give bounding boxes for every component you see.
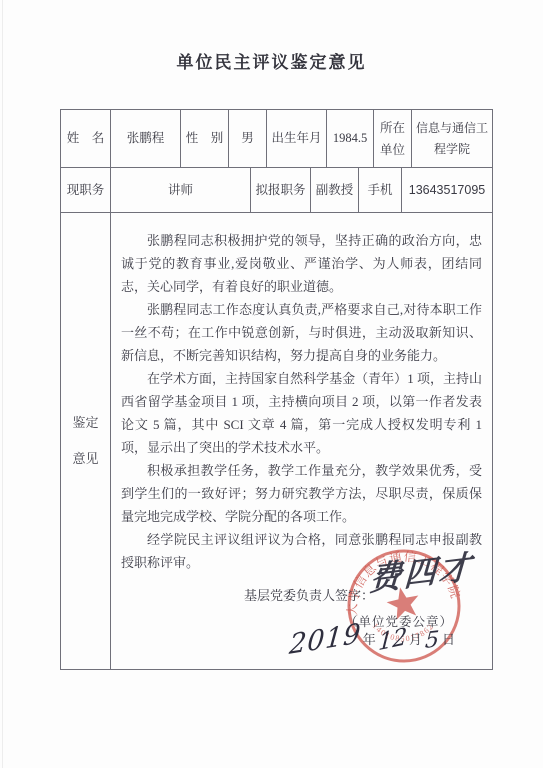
signature-date: 2019年12月5日 bbox=[289, 631, 456, 649]
mobile-label: 手机 bbox=[359, 168, 402, 213]
scan-edge-line bbox=[2, 0, 3, 768]
mobile-value: 13643517095 bbox=[402, 168, 492, 213]
opinion-content: 张鹏程同志积极拥护党的领导，坚持正确的政治方向，忠诚于党的教育事业,爱岗敬业、严… bbox=[111, 213, 492, 669]
opinion-paragraph: 张鹏程同志积极拥护党的领导，坚持正确的政治方向，忠诚于党的教育事业,爱岗敬业、严… bbox=[121, 229, 482, 298]
opinion-label: 鉴定意见 bbox=[61, 213, 111, 669]
unit-value: 信息与通信工程学院 bbox=[412, 110, 492, 168]
birth-label: 出生年月 bbox=[267, 110, 327, 168]
date-month-handwritten: 12 bbox=[377, 629, 407, 653]
personal-info-row: 姓 名 张鹏程 性 别 男 出生年月 1984.5 所在单位 信息与通信工程学院 bbox=[61, 110, 492, 168]
date-day-handwritten: 5 bbox=[424, 631, 439, 650]
current-post-label: 现职务 bbox=[61, 168, 111, 213]
date-day-label: 日 bbox=[442, 632, 455, 647]
date-month-label: 月 bbox=[409, 632, 422, 647]
name-label: 姓 名 bbox=[61, 110, 111, 168]
date-year-label: 年 bbox=[363, 632, 376, 647]
proposed-post-label: 拟报职务 bbox=[251, 168, 311, 213]
signer-signature: 费四才 bbox=[369, 558, 474, 588]
opinion-paragraph: 在学术方面，主持国家自然科学基金（青年）1 项，主持山西省留学基金项目 1 项，… bbox=[121, 367, 482, 459]
opinion-row: 鉴定意见 张鹏程同志积极拥护党的领导，坚持正确的政治方向，忠诚于党的教育事业,爱… bbox=[61, 213, 492, 669]
appraisal-form-table: 姓 名 张鹏程 性 别 男 出生年月 1984.5 所在单位 信息与通信工程学院… bbox=[60, 109, 493, 670]
unit-label: 所在单位 bbox=[374, 110, 412, 168]
opinion-paragraph: 张鹏程同志工作态度认真负责,严格要求自己,对待本职工作一丝不苟；在工作中锐意创新… bbox=[121, 298, 482, 367]
current-post-value: 讲师 bbox=[111, 168, 251, 213]
gender-label: 性 别 bbox=[181, 110, 229, 168]
birth-value: 1984.5 bbox=[327, 110, 374, 168]
gender-value: 男 bbox=[229, 110, 267, 168]
page-title: 单位民主评议鉴定意见 bbox=[0, 48, 543, 73]
proposed-post-value: 副教授 bbox=[311, 168, 359, 213]
date-year-handwritten: 2019 bbox=[289, 625, 362, 654]
post-info-row: 现职务 讲师 拟报职务 副教授 手机 13643517095 bbox=[61, 168, 492, 213]
signer-label: 基层党委负责人签字： bbox=[244, 587, 374, 604]
scanned-appraisal-form: 单位民主评议鉴定意见 姓 名 张鹏程 性 别 男 出生年月 1984.5 所在单… bbox=[0, 0, 543, 768]
opinion-paragraph: 积极承担教学任务，教学工作量充分，教学效果优秀，受到学生们的一致好评；努力研究教… bbox=[121, 459, 482, 528]
name-value: 张鹏程 bbox=[111, 110, 181, 168]
